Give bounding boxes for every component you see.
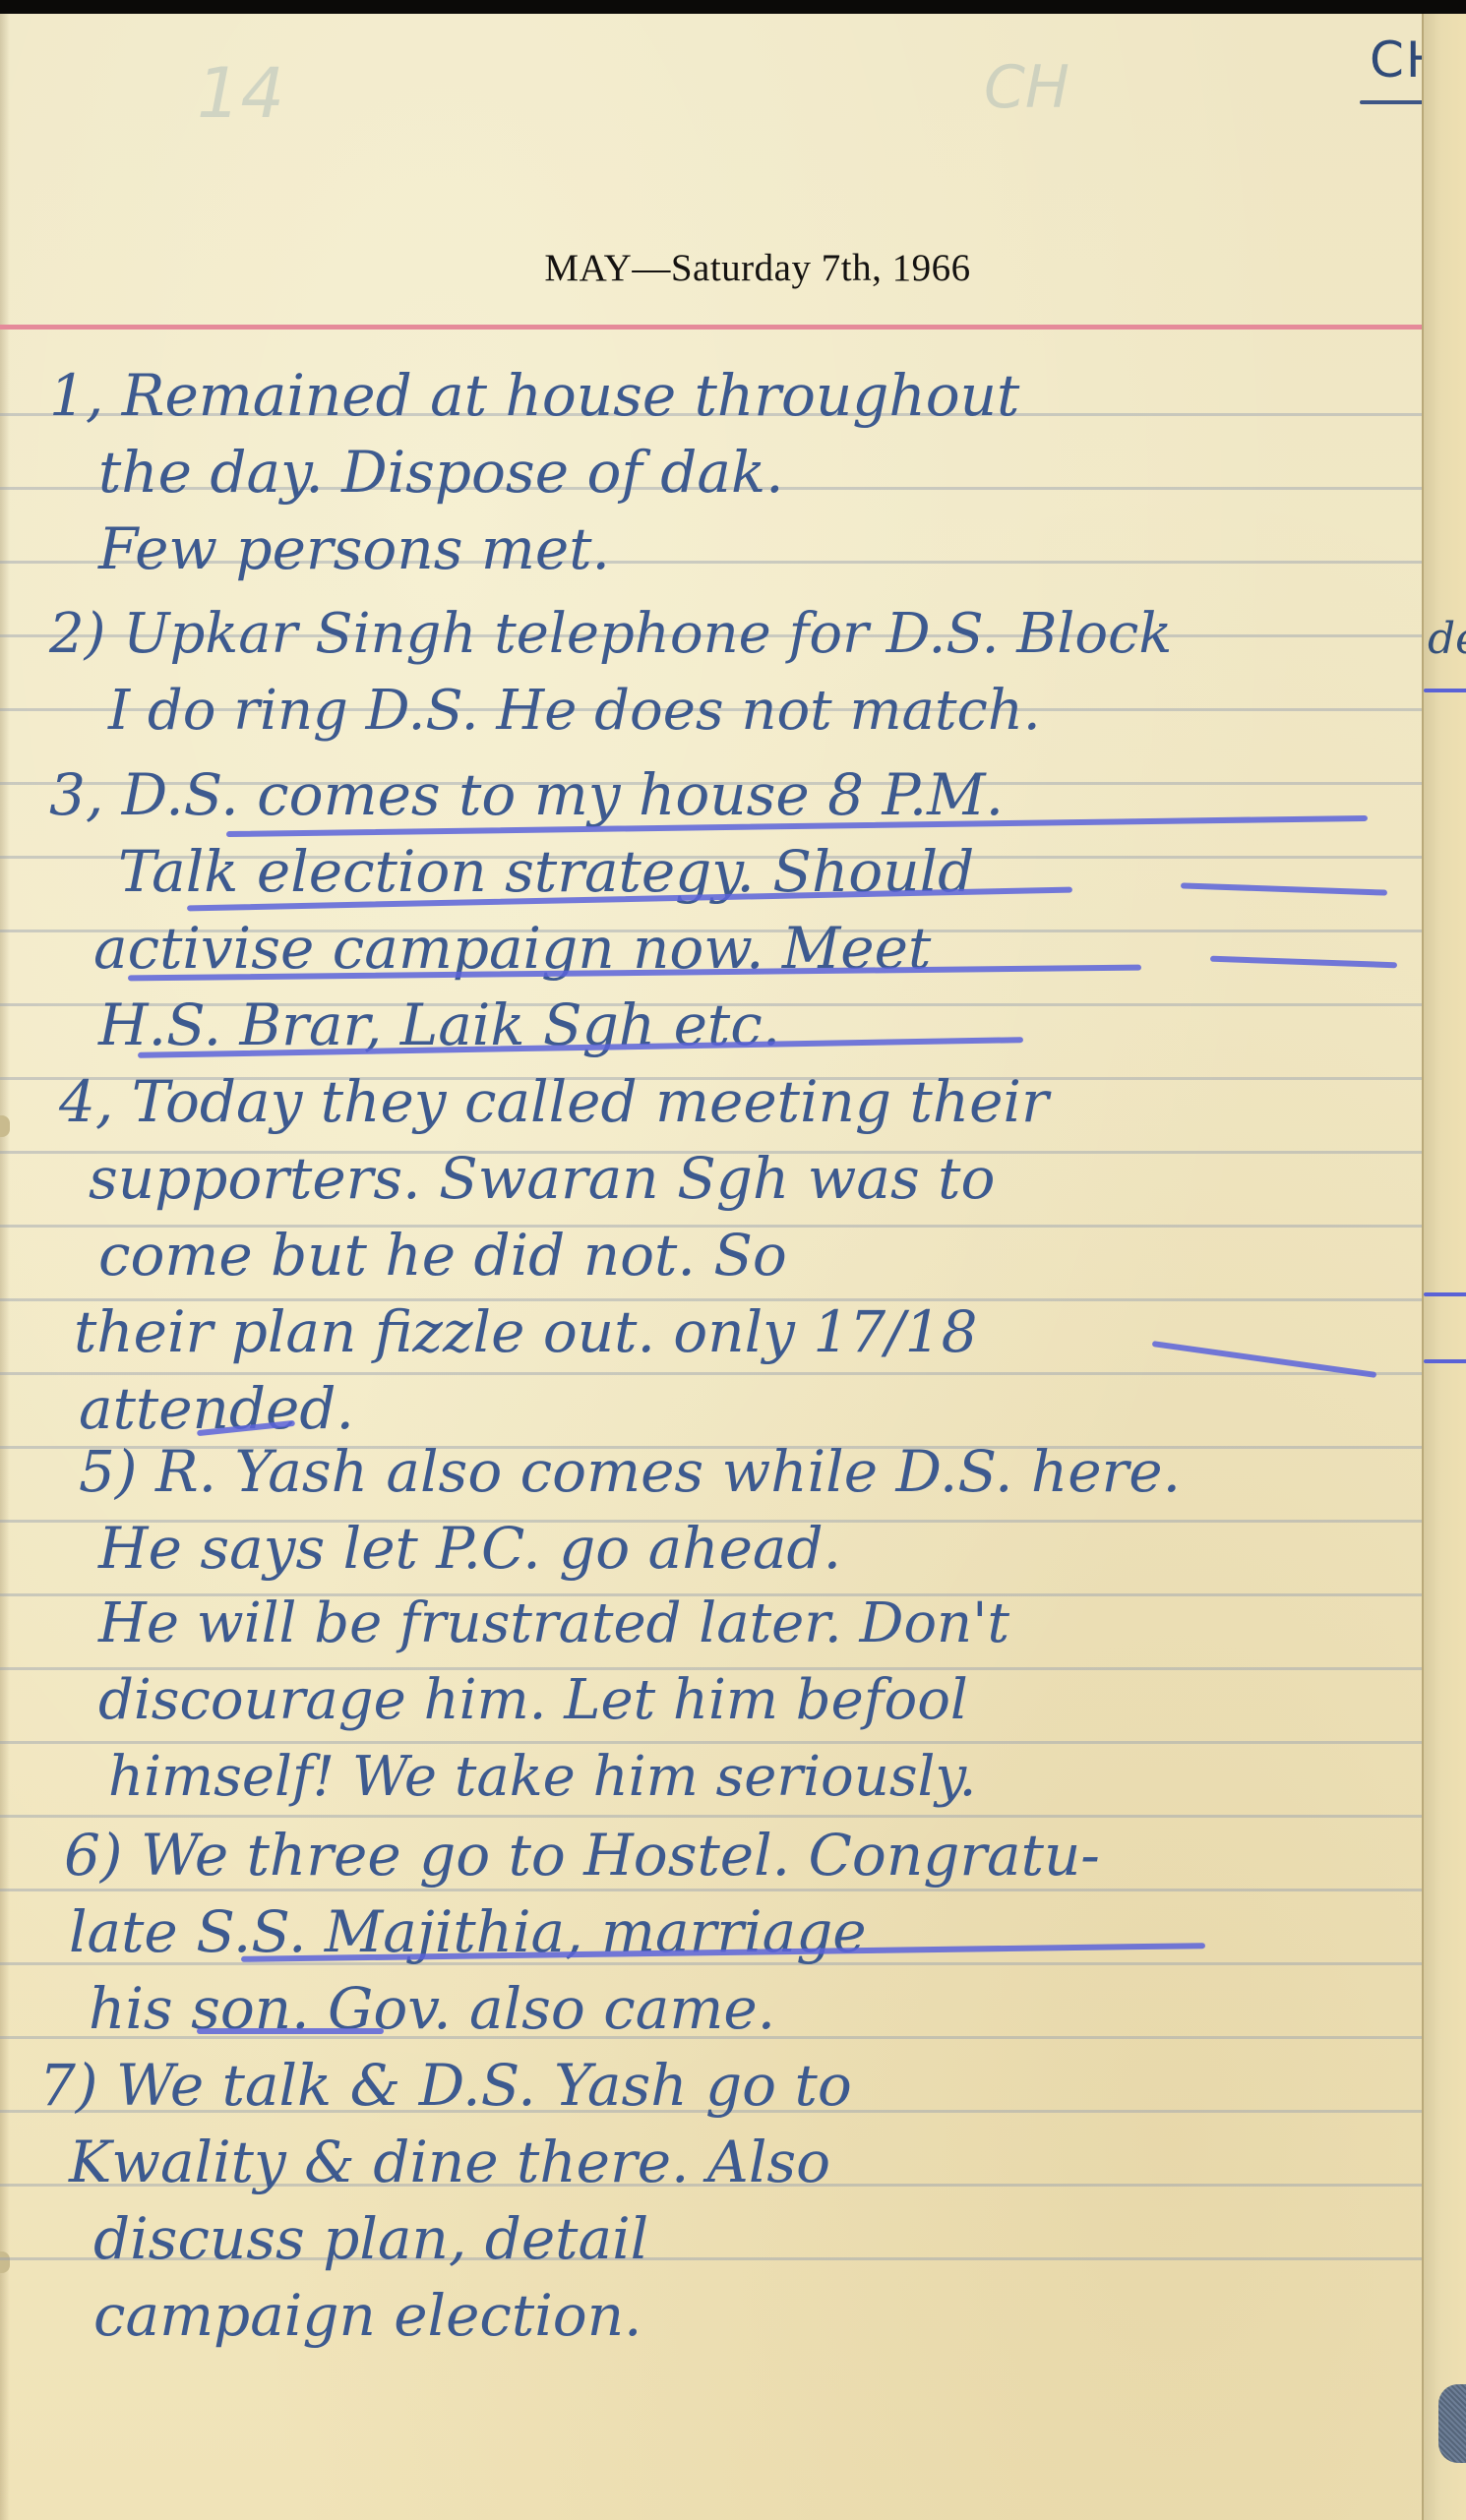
entry-5-line-4: discourage him. Let him befool (98, 1668, 968, 1732)
entry-2-line-1: 2) Upkar Singh telephone for D.S. Block (49, 602, 1172, 666)
header-rule (0, 325, 1422, 330)
entry-6-line-1: 6) We three go to Hostel. Congratu- (64, 1822, 1100, 1889)
entry-4-line-1: 4, Today they called meeting their (59, 1068, 1049, 1135)
entry-3-line-1: 3, D.S. comes to my house 8 P.M. (49, 761, 1004, 828)
underline-annotation (1181, 882, 1387, 895)
underline-annotation (197, 2028, 384, 2034)
diary-date-header: MAY—Saturday 7th, 1966 (0, 246, 1377, 290)
entry-7-line-1: 7) We talk & D.S. Yash go to (39, 2052, 852, 2119)
entry-5-line-1: 5) R. Yash also comes while D.S. here. (79, 1438, 1181, 1505)
entry-1-line-2: the day. Dispose of dak. (98, 439, 784, 506)
diary-page-scan: 14 CH CH MAY—Saturday 7th, 1966 1, Remai… (0, 14, 1466, 2520)
bleed-through-corner-note: CH (984, 53, 1069, 122)
adjacent-page-underline (1424, 1292, 1466, 1296)
ruled-line (0, 1815, 1422, 1818)
entry-2-line-2: I do ring D.S. He does not match. (108, 679, 1041, 743)
entry-4-line-2: supporters. Swaran Sgh was to (89, 1145, 995, 1212)
entry-1-line-3: Few persons met. (98, 515, 610, 582)
adjacent-page-underline (1424, 689, 1466, 692)
ruled-line (0, 1741, 1422, 1744)
adjacent-page-fragment: de (1428, 614, 1466, 664)
underline-annotation (1210, 956, 1397, 969)
adjacent-page-underline (1424, 1359, 1466, 1363)
entry-4-line-4: their plan fizzle out. only 17/18 (74, 1298, 977, 1365)
entry-1-line-1: 1, Remained at house throughout (49, 362, 1019, 429)
entry-4-line-3: come but he did not. So (98, 1222, 787, 1289)
page-left-edge (0, 14, 10, 2520)
entry-6-line-3: his son. Gov. also came. (89, 1975, 775, 2042)
entry-5-line-5: himself! We take him seriously. (108, 1745, 976, 1809)
ruled-line (0, 1889, 1422, 1891)
entry-7-line-4: campaign election. (93, 2282, 642, 2349)
adjacent-page-edge: de (1422, 14, 1466, 2520)
entry-5-line-3: He will be frustrated later. Don't (98, 1591, 1009, 1655)
binder-ring (1438, 2384, 1466, 2463)
bleed-through-page-number: 14 (197, 53, 284, 134)
entry-5-line-2: He says let P.C. go ahead. (98, 1515, 841, 1582)
entry-7-line-3: discuss plan, detail (93, 2205, 648, 2272)
entry-7-line-2: Kwality & dine there. Also (69, 2129, 830, 2195)
